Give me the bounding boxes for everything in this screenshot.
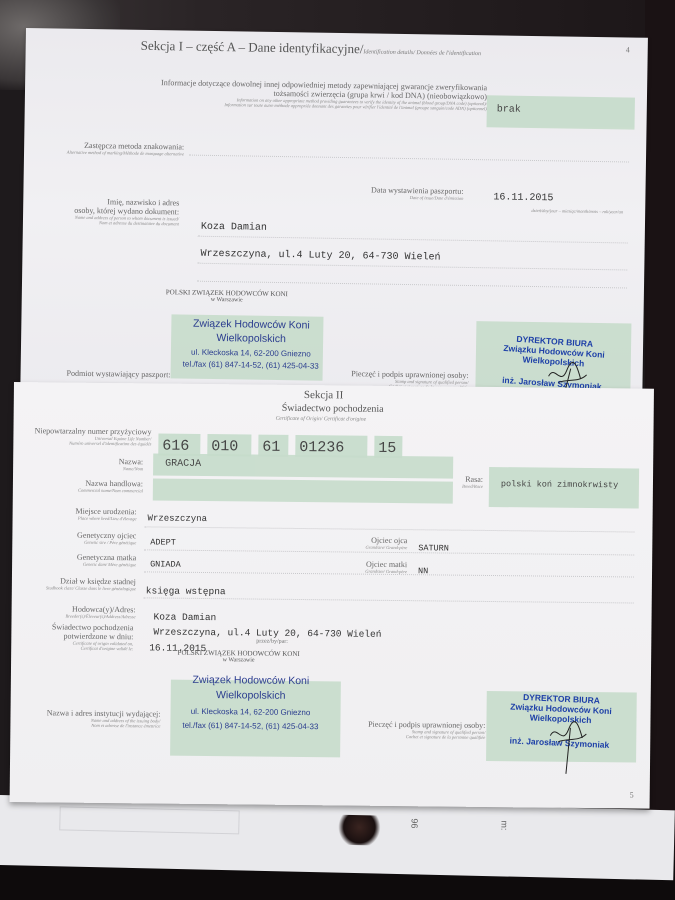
institution-label: Nazwa i adres instytucji wydającej: Name…: [10, 708, 160, 729]
breed-field: polski koń zimnokrwisty: [489, 467, 639, 509]
ueln-segment: 61: [258, 435, 288, 457]
ueln-segment-value: 01236: [299, 439, 344, 456]
issue-date-label: Data wystawienia paszportu: Date of issu…: [273, 184, 463, 201]
trade-name-field: [153, 478, 453, 503]
dam-label: Genetyczna matka Genetic dam/ Mère génét…: [12, 552, 136, 567]
studbook-line: [144, 597, 634, 603]
sire-sire-label: Ojciec ojca Grandsire/ Grand-père: [332, 535, 407, 550]
name-label: Nazwa: Name/Nom: [13, 456, 143, 471]
underlying-text-fragment: 96: [409, 818, 419, 828]
page-number: 5: [630, 790, 634, 799]
passport-page-section-2: Sekcja II Świadectwo pochodzenia Certifi…: [10, 382, 654, 809]
sire-label: Genetyczny ojciec Genetic sire / Père gé…: [12, 530, 136, 545]
section-1-title: Sekcja I – część A – Dane identyfikacyjn…: [141, 38, 482, 59]
name-field: GRACJA: [153, 453, 453, 478]
page-number: 4: [626, 45, 630, 54]
cert-label: Świadectwo pochodzenia potwierdzone w dn…: [11, 622, 133, 651]
studbook-label: Dział w księdze stadnej Studbook class/ …: [12, 576, 136, 591]
dam-sire-label: Ojciec matki Grandsire/ Grand-père: [332, 559, 407, 574]
underlying-form-box: [59, 806, 239, 834]
org-name: POLSKI ZWIĄZEK HODOWCÓW KONI w Warszawie: [171, 649, 306, 664]
ueln-segment-value: 010: [211, 438, 238, 455]
sire-sire-value: SATURN: [418, 543, 449, 553]
signature-label: Pieczęć i podpis uprawnionej osoby: Stam…: [315, 719, 485, 740]
ueln-segment-value: 61: [262, 439, 280, 456]
sire-value: ADEPT: [150, 537, 176, 547]
underlying-logo-fragment: [329, 814, 390, 845]
section-2-subtitle-en: Certificate of Origin/ Certificat d'orig…: [276, 416, 366, 423]
birthplace-line: [144, 526, 634, 532]
dam-sire-value: NN: [418, 566, 428, 576]
org-name: POLSKI ZWIĄZEK HODOWCÓW KONI w Warszawie: [162, 288, 292, 304]
underlying-text-fragment: m:: [499, 820, 509, 830]
signature-scribble: [540, 718, 601, 779]
owner-label: Imię, nazwisko i adres osoby, której wyd…: [23, 196, 179, 226]
section-2-title: Sekcja II: [304, 389, 344, 401]
identity-info-label: Informacje dotyczące dowolnej innej odpo…: [127, 78, 487, 112]
ueln-segment-value: 616: [162, 438, 189, 455]
dam-value: GNIADA: [150, 559, 181, 569]
alt-marking-label: Zastępcza metoda znakowania: Alternative…: [24, 140, 184, 157]
owner-extra-line: [197, 281, 627, 289]
owner-name-line: [198, 236, 628, 244]
owner-name: Koza Damian: [201, 222, 267, 234]
ueln-segment-value: 15: [378, 440, 396, 457]
passport-page-section-1: Sekcja I – część A – Dane identyfikacyjn…: [20, 28, 648, 403]
ueln-segment: 15: [374, 436, 402, 458]
breeder-name: Koza Damian: [153, 611, 216, 623]
breed-label: Rasa: Breed/Race: [443, 474, 483, 488]
sire-line: [144, 549, 634, 555]
ueln-segment: 616: [158, 434, 200, 456]
trade-name-label: Nazwa handlowa: Commercial name/Nom comm…: [13, 478, 143, 493]
by-label: przez/by/par:: [256, 639, 288, 645]
issuer-stamp: Związek Hodowców Koni Wielkopolskich ul.…: [171, 317, 332, 371]
birthplace-value: Wrzeszczyna: [148, 513, 208, 524]
studbook-value: księga wstępna: [146, 585, 226, 597]
owner-address-line: [197, 263, 627, 271]
breeder-label: Hodowca(y)/Adres: Breeder(s)/Éleveur(s)/…: [12, 604, 136, 619]
ueln-label: Niepowtarzalny numer przyżyciowy Univers…: [13, 426, 151, 446]
identity-info-field: brak: [486, 95, 634, 129]
alt-marking-field: [189, 155, 629, 163]
issue-date-value: 16.11.2015: [493, 192, 553, 204]
issuer-label: Podmiot wystawiający paszport:: [21, 368, 171, 379]
section-2-subtitle: Świadectwo pochodzenia: [282, 403, 384, 415]
issue-date-format: dzień/day/jour – miesiąc/month/mois – ro…: [463, 207, 623, 215]
birthplace-label: Miejsce urodzenia: Place where bred/Lieu…: [13, 506, 137, 521]
owner-address: Wrzeszczyna, ul.4 Luty 20, 64-730 Wieleń: [200, 249, 440, 264]
